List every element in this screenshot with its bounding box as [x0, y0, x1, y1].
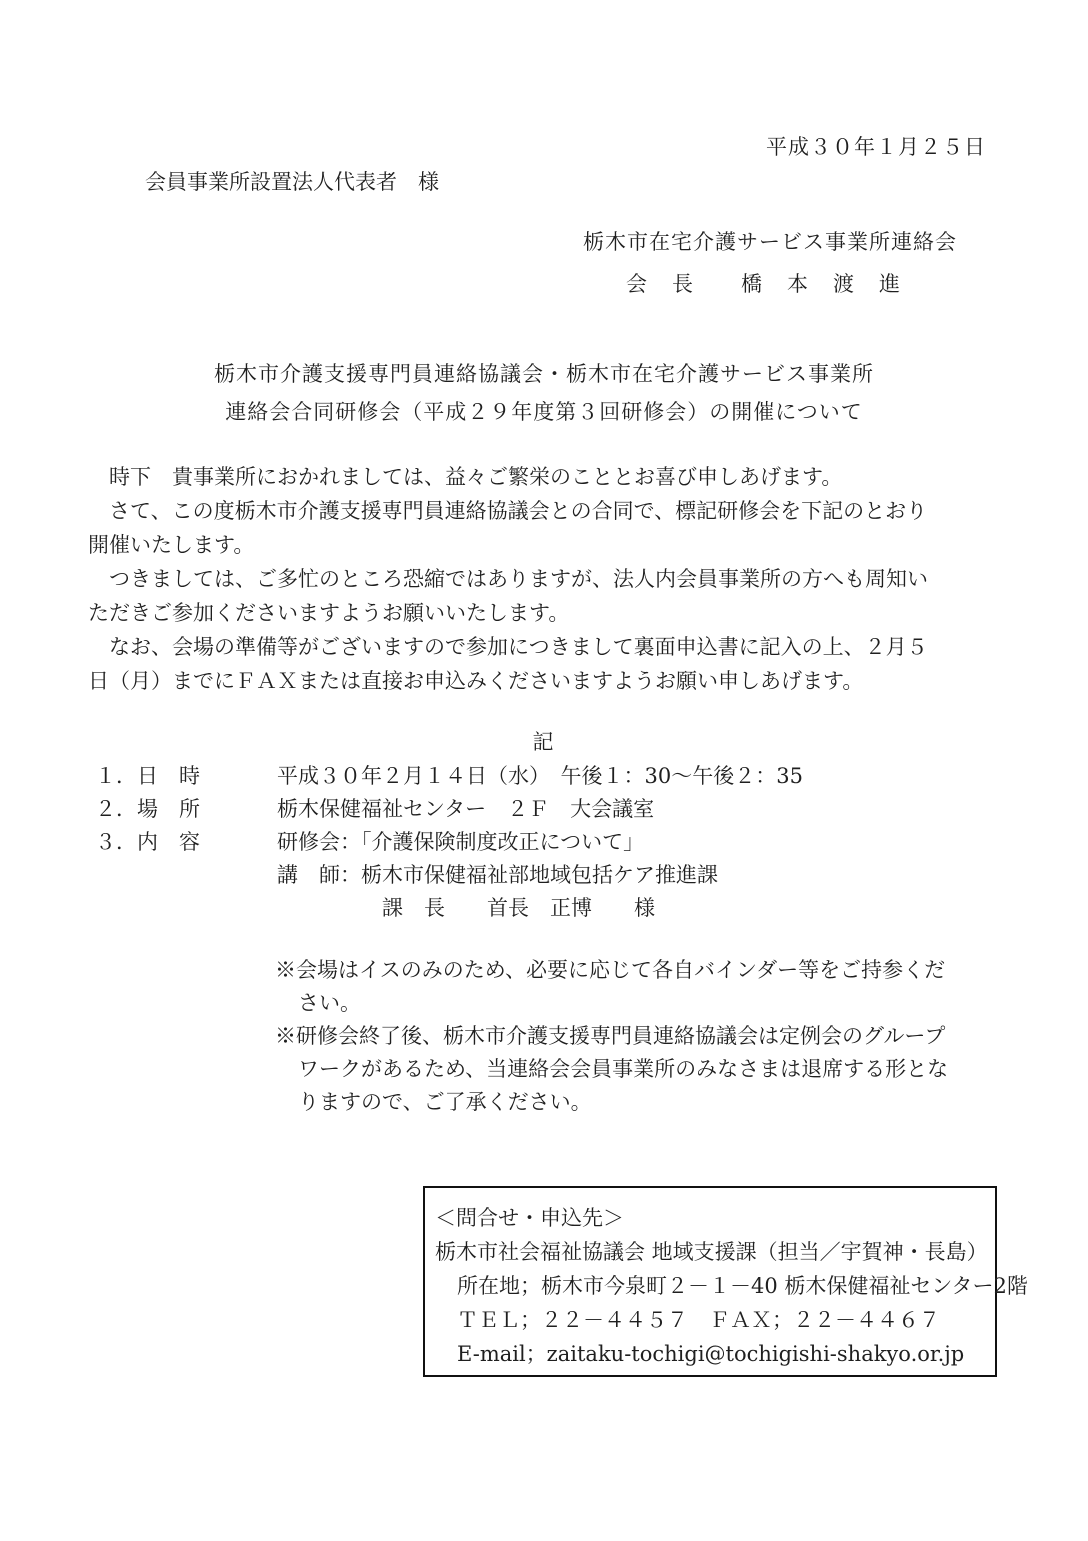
agenda-item-place: ２．場 所 栃木保健福祉センター ２Ｆ 大会議室 [95, 793, 1000, 826]
body-line: つきましては、ご多忙のところ恐縮ではありますが、法人内会員事業所の方へも周知い [88, 562, 1000, 596]
contact-tel-fax: ＴＥＬ；２２－４４５７ ＦＡＸ；２２－４４６７ [435, 1303, 985, 1337]
agenda-item-label: ２．場 所 [95, 793, 277, 826]
body-line: ただきご参加くださいますようお願いいたします。 [88, 596, 1000, 630]
body-line: 開催いたします。 [88, 528, 1000, 562]
agenda-item-lecturer-name: 課 長 首長 正博 様 [95, 892, 1000, 925]
agenda-item-content: ３．内 容 研修会：「介護保険制度改正について」 [95, 826, 1000, 859]
document-title-line1: 栃木市介護支援専門員連絡協議会・栃木市在宅介護サービス事業所 [0, 358, 1088, 388]
body-line: 日（月）までにＦＡＸまたは直接お申込みくださいますようお願い申しあげます。 [88, 664, 1000, 698]
agenda-item-label: １．日 時 [95, 760, 277, 793]
agenda-label-spacer [95, 892, 277, 925]
body-line: なお、会場の準備等がございますので参加につきまして裏面申込書に記入の上、２月５ [88, 630, 1000, 664]
agenda-item-label: ３．内 容 [95, 826, 277, 859]
contact-organization: 栃木市社会福祉協議会 地域支援課（担当／宇賀神・長島） [435, 1235, 985, 1269]
recipient-line: 会員事業所設置法人代表者 様 [145, 166, 439, 196]
agenda-item-value: 課 長 首長 正博 様 [277, 892, 1000, 925]
document-title-line2: 連絡会合同研修会（平成２９年度第３回研修会）の開催について [0, 396, 1088, 426]
record-marker: 記 [0, 726, 1088, 756]
body-line: さて、この度栃木市介護支援専門員連絡協議会との合同で、標記研修会を下記のとおり [88, 494, 1000, 528]
contact-address: 所在地；栃木市今泉町２－１－40 栃木保健福祉センター2階 [435, 1269, 985, 1303]
agenda-item-datetime: １．日 時 平成３０年２月１４日（水） 午後１：30～午後２：35 [95, 760, 1000, 793]
agenda-item-value: 平成３０年２月１４日（水） 午後１：30～午後２：35 [277, 760, 1000, 793]
agenda-item-lecturer: 講 師：栃木市保健福祉部地域包括ケア推進課 [95, 859, 1000, 892]
agenda-item-value: 研修会：「介護保険制度改正について」 [277, 826, 1000, 859]
note-line: ワークがあるため、当連絡会会員事業所のみなさまは退席する形とな [275, 1053, 1015, 1086]
agenda-list: １．日 時 平成３０年２月１４日（水） 午後１：30～午後２：35 ２．場 所 … [95, 760, 1000, 925]
document-date: 平成３０年１月２５日 [766, 131, 986, 161]
note-line: りますので、ご了承ください。 [275, 1086, 1015, 1119]
note-line: さい。 [275, 987, 1015, 1020]
sender-organization: 栃木市在宅介護サービス事業所連絡会 [583, 226, 957, 256]
contact-email: E-mail；zaitaku-tochigi@tochigishi-shakyo… [435, 1337, 985, 1371]
notes: ※会場はイスのみのため、必要に応じて各自バインダー等をご持参くだ さい。 ※研修… [275, 954, 1015, 1119]
body-line: 時下 貴事業所におかれましては、益々ご繁栄のこととお喜び申しあげます。 [88, 460, 1000, 494]
note-line: ※会場はイスのみのため、必要に応じて各自バインダー等をご持参くだ [275, 954, 1015, 987]
contact-box: ＜問合せ・申込先＞ 栃木市社会福祉協議会 地域支援課（担当／宇賀神・長島） 所在… [423, 1186, 997, 1377]
contact-heading: ＜問合せ・申込先＞ [435, 1201, 985, 1235]
agenda-item-value: 講 師：栃木市保健福祉部地域包括ケア推進課 [277, 859, 1000, 892]
agenda-item-value: 栃木保健福祉センター ２Ｆ 大会議室 [277, 793, 1000, 826]
body-paragraphs: 時下 貴事業所におかれましては、益々ご繁栄のこととお喜び申しあげます。 さて、こ… [88, 460, 1000, 698]
note-line: ※研修会終了後、栃木市介護支援専門員連絡協議会は定例会のグループ [275, 1020, 1015, 1053]
sender-chairman-name: 会 長 橋 本 渡 進 [626, 268, 902, 298]
document-page: 平成３０年１月２５日 会員事業所設置法人代表者 様 栃木市在宅介護サービス事業所… [0, 0, 1088, 1541]
agenda-label-spacer [95, 859, 277, 892]
